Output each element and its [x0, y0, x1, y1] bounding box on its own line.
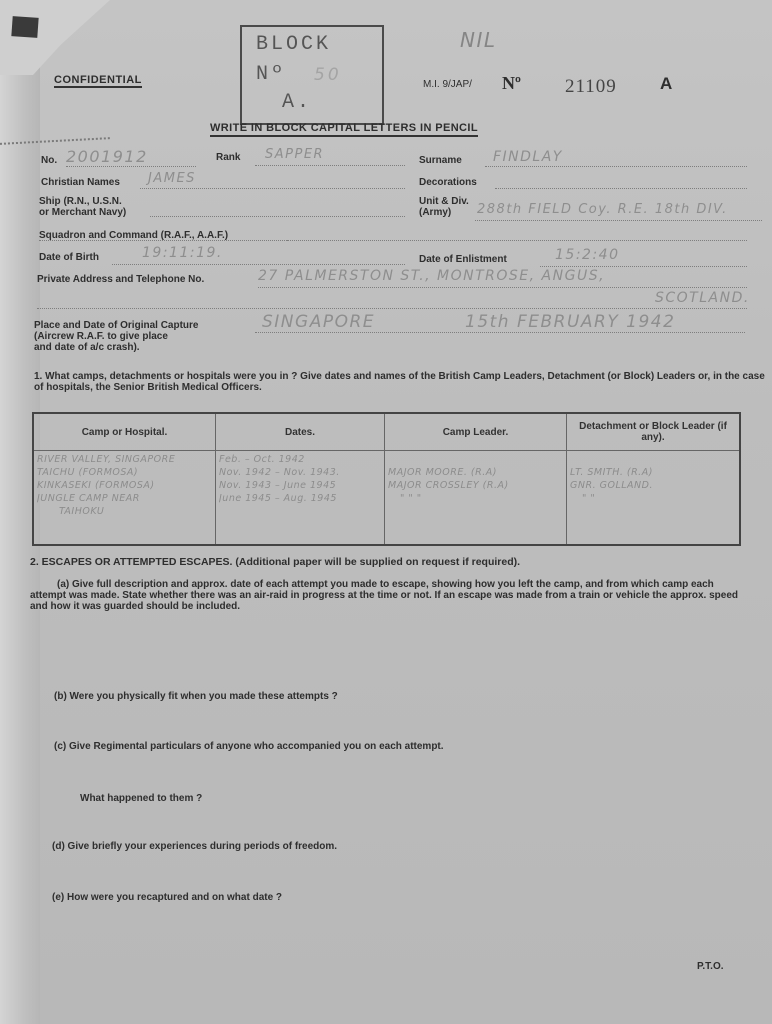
column-header-dates: Dates.: [216, 413, 385, 451]
date-of-enlistment-value[interactable]: 15:2:40: [555, 247, 619, 263]
unit-value[interactable]: 288th FIELD Coy. R.E. 18th DIV.: [477, 202, 728, 217]
nil-annotation: NIL: [460, 28, 497, 52]
stamp-block-number: 50: [314, 65, 342, 85]
date-of-enlistment-label: Date of Enlistment: [419, 254, 507, 265]
unit-label-2: (Army): [419, 207, 451, 218]
capture-label-1: Place and Date of Original Capture: [34, 320, 198, 331]
surname-value[interactable]: FINDLAY: [493, 149, 563, 165]
question-1-text: 1. What camps, detachments or hospitals …: [34, 371, 769, 393]
number-prefix: Nº: [502, 73, 521, 94]
capture-label-2: (Aircrew R.A.F. to give place: [34, 331, 168, 342]
confidential-label: CONFIDENTIAL: [54, 74, 142, 88]
form-suffix: A: [660, 74, 672, 94]
no-label: No.: [41, 155, 57, 166]
question-2b-text: (b) Were you physically fit when you mad…: [54, 691, 338, 702]
camp-leader-cell[interactable]: MAJOR MOORE. (R.A) MAJOR CROSSLEY (R.A) …: [385, 451, 567, 546]
christian-names-label: Christian Names: [41, 177, 120, 188]
capture-date-value[interactable]: 15th FEBRUARY 1942: [465, 312, 675, 332]
capture-place-value[interactable]: SINGAPORE: [262, 312, 375, 332]
address-value-line1[interactable]: 27 PALMERSTON ST., MONTROSE, ANGUS,: [258, 268, 605, 284]
camp-cell[interactable]: RIVER VALLEY, SINGAPORE TAICHU (FORMOSA)…: [33, 451, 216, 546]
block-stamp: BLOCK Nº 50 A.: [240, 25, 384, 125]
squadron-label: Squadron and Command (R.A.F., A.A.F.): [39, 230, 228, 241]
address-value-line2[interactable]: SCOTLAND.: [655, 290, 750, 306]
document-page: CONFIDENTIAL BLOCK Nº 50 A. NIL M.I. 9/J…: [0, 0, 772, 1024]
camps-table: Camp or Hospital. Dates. Camp Leader. De…: [32, 412, 741, 546]
decorations-label: Decorations: [419, 177, 477, 188]
surname-label: Surname: [419, 155, 462, 166]
table-row: RIVER VALLEY, SINGAPORE TAICHU (FORMOSA)…: [33, 451, 740, 546]
pto-label: P.T.O.: [697, 961, 724, 972]
reference-code: M.I. 9/JAP/: [423, 79, 472, 90]
question-2c-followup-text: What happened to them ?: [80, 793, 202, 804]
question-2-title: 2. ESCAPES OR ATTEMPTED ESCAPES. (Additi…: [30, 557, 750, 568]
service-number-value[interactable]: 2001912: [66, 147, 148, 166]
capture-label-3: and date of a/c crash).: [34, 342, 140, 353]
date-of-birth-value[interactable]: 19:11:19.: [142, 245, 223, 261]
stamp-line-3: A.: [282, 91, 312, 114]
date-of-birth-label: Date of Birth: [39, 252, 99, 263]
address-label: Private Address and Telephone No.: [37, 274, 204, 285]
rank-label: Rank: [216, 152, 240, 163]
ship-label-1: Ship (R.N., U.S.N.: [39, 196, 122, 207]
unit-label-1: Unit & Div.: [419, 196, 469, 207]
question-2e-text: (e) How were you recaptured and on what …: [52, 892, 282, 903]
stamp-line-1: BLOCK: [256, 33, 331, 56]
rank-value[interactable]: SAPPER: [265, 147, 324, 162]
form-number: 21109: [565, 76, 617, 98]
instruction-heading: WRITE IN BLOCK CAPITAL LETTERS IN PENCIL: [210, 122, 478, 137]
question-2c-text: (c) Give Regimental particulars of anyon…: [54, 741, 444, 752]
file-tab-mark: [11, 16, 38, 38]
dates-cell[interactable]: Feb. – Oct. 1942 Nov. 1942 – Nov. 1943. …: [216, 451, 385, 546]
torn-corner: [0, 0, 110, 75]
question-2a-text: (a) Give full description and approx. da…: [30, 579, 742, 612]
column-header-detachment-leader: Detachment or Block Leader (if any).: [567, 413, 741, 451]
ship-label-2: or Merchant Navy): [39, 207, 126, 218]
christian-names-value[interactable]: JAMES: [148, 171, 196, 186]
column-header-camp-leader: Camp Leader.: [385, 413, 567, 451]
question-2d-text: (d) Give briefly your experiences during…: [52, 841, 337, 852]
stamp-line-2-prefix: Nº: [256, 63, 286, 86]
column-header-camp: Camp or Hospital.: [33, 413, 216, 451]
detachment-leader-cell[interactable]: LT. SMITH. (R.A) GNR. GOLLAND. " ": [567, 451, 741, 546]
